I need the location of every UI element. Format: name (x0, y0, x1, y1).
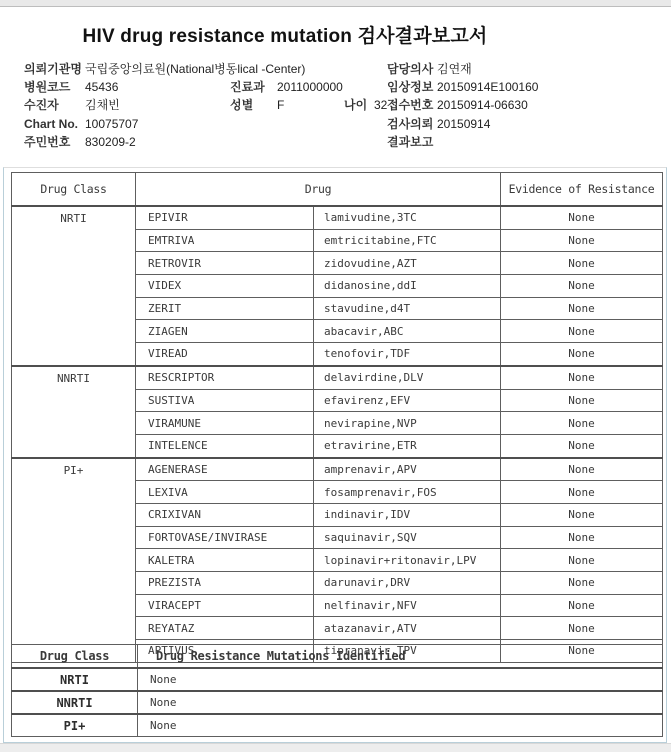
drug-class-header: Drug Class (12, 173, 136, 207)
mutation-row: NNRTINone (12, 691, 663, 714)
drug-brand-cell: INTELENCE (136, 434, 314, 457)
drug-evidence-cell: None (501, 434, 663, 457)
drug-generic-cell: emtricitabine,FTC (314, 229, 501, 252)
drug-brand-cell: VIDEX (136, 275, 314, 298)
drug-brand-cell: EPIVIR (136, 206, 314, 229)
drug-brand-cell: LEXIVA (136, 481, 314, 504)
clinical-info-value: 20150914E100160 (437, 80, 538, 94)
chart-no-label: Chart No. (24, 117, 78, 131)
drug-row: NRTIEPIVIRlamivudine,3TCNone (12, 206, 663, 229)
age-value: 32 (374, 98, 387, 112)
drug-evidence-cell: None (501, 412, 663, 435)
resident-id-label: 주민번호 (24, 135, 70, 149)
drug-evidence-cell: None (501, 572, 663, 595)
drug-header: Drug (136, 173, 501, 207)
drug-generic-cell: zidovudine,AZT (314, 252, 501, 275)
drug-evidence-cell: None (501, 389, 663, 412)
mutation-row: NRTINone (12, 668, 663, 691)
drug-generic-cell: lopinavir+ritonavir,LPV (314, 549, 501, 572)
drug-generic-cell: abacavir,ABC (314, 320, 501, 343)
drug-generic-cell: etravirine,ETR (314, 434, 501, 457)
drug-evidence-cell: None (501, 252, 663, 275)
drug-generic-cell: amprenavir,APV (314, 458, 501, 481)
age-label: 나이 (344, 98, 367, 112)
drug-brand-cell: EMTRIVA (136, 229, 314, 252)
drug-brand-cell: SUSTIVA (136, 389, 314, 412)
drug-evidence-cell: None (501, 343, 663, 366)
drug-brand-cell: AGENERASE (136, 458, 314, 481)
drug-evidence-cell: None (501, 320, 663, 343)
department-label: 진료과 (230, 80, 265, 94)
mutations-identified-header: Drug Resistance Mutations Identified (138, 645, 663, 669)
doctor-label: 담당의사 (387, 62, 433, 76)
drug-generic-cell: tenofovir,TDF (314, 343, 501, 366)
mutation-table-header-row: Drug Class Drug Resistance Mutations Ide… (12, 645, 663, 669)
patient-info-header: 의뢰기관명 국립중앙의료원(National병동lical -Center) 담… (0, 0, 671, 160)
drug-brand-cell: CRIXIVAN (136, 503, 314, 526)
drug-brand-cell: ZIAGEN (136, 320, 314, 343)
drug-brand-cell: KALETRA (136, 549, 314, 572)
drug-brand-cell: VIRACEPT (136, 594, 314, 617)
requesting-org-label: 의뢰기관명 (24, 62, 82, 76)
drug-generic-cell: stavudine,d4T (314, 297, 501, 320)
drug-evidence-cell: None (501, 594, 663, 617)
mutation-drug-class-cell: NRTI (12, 668, 138, 691)
drug-evidence-cell: None (501, 297, 663, 320)
patient-label: 수진자 (24, 98, 59, 112)
hospital-code-label: 병원코드 (24, 80, 70, 94)
department-value: 2011000000 (277, 80, 343, 94)
resistance-table-body: NRTIEPIVIRlamivudine,3TCNoneEMTRIVAemtri… (12, 206, 663, 662)
requesting-org-value: 국립중앙의료원(National병동lical -Center) (85, 62, 305, 76)
clinical-info-label: 임상정보 (387, 80, 433, 94)
drug-row: NNRTIRESCRIPTORdelavirdine,DLVNone (12, 366, 663, 389)
resident-id-value: 830209-2 (85, 135, 136, 149)
doctor-value: 김연재 (437, 62, 472, 76)
chart-no-value: 10075707 (85, 117, 138, 131)
drug-evidence-cell: None (501, 526, 663, 549)
drug-evidence-cell: None (501, 549, 663, 572)
drug-evidence-cell: None (501, 275, 663, 298)
drug-brand-cell: PREZISTA (136, 572, 314, 595)
drug-evidence-cell: None (501, 366, 663, 389)
drug-generic-cell: didanosine,ddI (314, 275, 501, 298)
drug-generic-cell: delavirdine,DLV (314, 366, 501, 389)
drug-generic-cell: darunavir,DRV (314, 572, 501, 595)
drug-generic-cell: efavirenz,EFV (314, 389, 501, 412)
drug-generic-cell: lamivudine,3TC (314, 206, 501, 229)
test-requested-value: 20150914 (437, 117, 490, 131)
drug-brand-cell: ZERIT (136, 297, 314, 320)
mutation-table-body: NRTINoneNNRTINonePI+None (12, 668, 663, 737)
result-reported-label: 결과보고 (387, 135, 433, 149)
receipt-no-value: 20150914-06630 (437, 98, 528, 112)
test-requested-label: 검사의뢰 (387, 117, 433, 131)
drug-class-cell: PI+ (12, 458, 136, 663)
drug-generic-cell: fosamprenavir,FOS (314, 481, 501, 504)
hospital-code-value: 45436 (85, 80, 118, 94)
resistance-table: Drug Class Drug Evidence of Resistance N… (11, 172, 663, 663)
drug-brand-cell: VIRAMUNE (136, 412, 314, 435)
mutations-cell: None (138, 668, 663, 691)
sex-label: 성별 (230, 98, 253, 112)
mutation-row: PI+None (12, 714, 663, 737)
mutations-cell: None (138, 714, 663, 737)
drug-brand-cell: VIREAD (136, 343, 314, 366)
mutation-drug-class-header: Drug Class (12, 645, 138, 669)
drug-class-cell: NNRTI (12, 366, 136, 458)
receipt-no-label: 접수번호 (387, 98, 433, 112)
drug-evidence-cell: None (501, 206, 663, 229)
drug-generic-cell: nevirapine,NVP (314, 412, 501, 435)
window-bottom-strip (0, 743, 671, 752)
drug-row: PI+AGENERASEamprenavir,APVNone (12, 458, 663, 481)
drug-generic-cell: indinavir,IDV (314, 503, 501, 526)
drug-generic-cell: nelfinavir,NFV (314, 594, 501, 617)
drug-brand-cell: RESCRIPTOR (136, 366, 314, 389)
evidence-header: Evidence of Resistance (501, 173, 663, 207)
drug-evidence-cell: None (501, 503, 663, 526)
mutation-drug-class-cell: NNRTI (12, 691, 138, 714)
drug-brand-cell: RETROVIR (136, 252, 314, 275)
patient-value: 김채빈 (85, 98, 120, 112)
mutation-drug-class-cell: PI+ (12, 714, 138, 737)
resistance-table-header-row: Drug Class Drug Evidence of Resistance (12, 173, 663, 207)
drug-evidence-cell: None (501, 617, 663, 640)
drug-generic-cell: saquinavir,SQV (314, 526, 501, 549)
drug-brand-cell: REYATAZ (136, 617, 314, 640)
sex-value: F (277, 98, 284, 112)
drug-evidence-cell: None (501, 458, 663, 481)
drug-class-cell: NRTI (12, 206, 136, 366)
drug-evidence-cell: None (501, 229, 663, 252)
mutations-cell: None (138, 691, 663, 714)
mutation-table: Drug Class Drug Resistance Mutations Ide… (11, 644, 663, 737)
drug-evidence-cell: None (501, 481, 663, 504)
drug-generic-cell: atazanavir,ATV (314, 617, 501, 640)
drug-brand-cell: FORTOVASE/INVIRASE (136, 526, 314, 549)
